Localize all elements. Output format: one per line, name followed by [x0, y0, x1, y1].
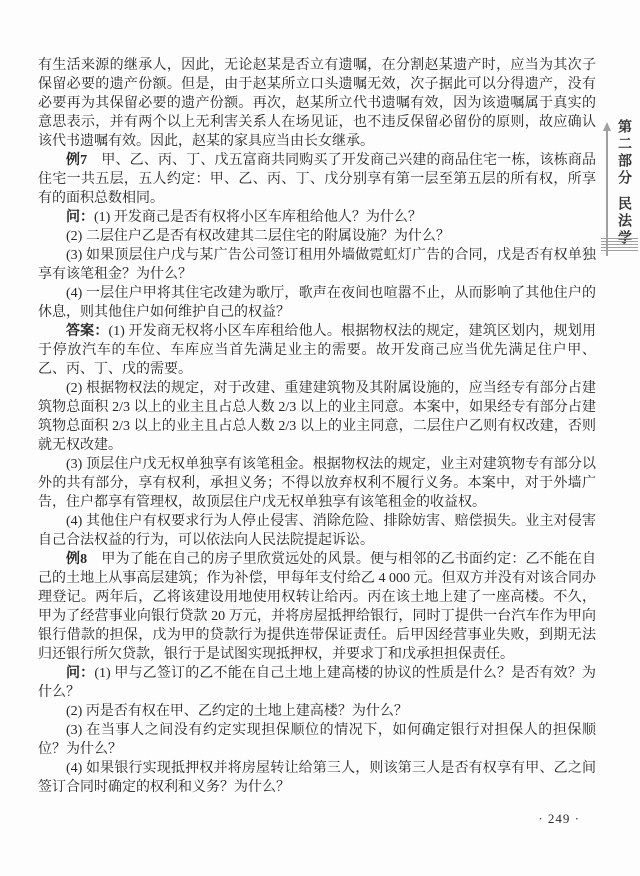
paragraph: (4) 一层住户甲将其住宅改建为歌厅，歌声在夜间也喧嚣不止，从而影响了其他住户的… — [38, 284, 596, 322]
text-run: (3) 如果顶层住户戊与某广告公司签订租用外墙做霓虹灯广告的合同，戊是否有权单独… — [38, 248, 596, 282]
text-run: 甲为了能在自己的房子里欣赏远处的风景。便与相邻的乙书面约定：乙不能在自己的土地上… — [38, 552, 596, 662]
paragraph: 问：(1) 开发商己是否有权将小区车库租给他人？为什么？ — [38, 208, 596, 227]
text-run: (3) 顶层住户戊无权单独享有该笔租金。根据物权法的规定，业主对建筑物专有部分以… — [38, 457, 596, 510]
text-run: (2) 丙是否有权在甲、乙约定的土地上建高楼？为什么？ — [66, 704, 408, 719]
paragraph: (3) 如果顶层住户戊与某广告公司签订租用外墙做霓虹灯广告的合同，戊是否有权单独… — [38, 246, 596, 284]
text-run: (4) 一层住户甲将其住宅改建为歌厅，歌声在夜间也喧嚣不止，从而影响了其他住户的… — [38, 286, 596, 320]
text-run: (4) 其他住户有权要求行为人停止侵害、消除危险、排除妨害、赔偿损失。业主对侵害… — [38, 514, 596, 548]
paragraph: 问：(1) 甲与乙签订的乙不能在自己土地上建高楼的协议的性质是什么？是否有效？为… — [38, 664, 596, 702]
paragraph: (2) 根据物权法的规定，对于改建、重建建筑物及其附属设施的，应当经专有部分占建… — [38, 379, 596, 455]
bold-label: 答案： — [66, 324, 109, 339]
chapter-edge-tab: 第二部分 民法学 — [600, 119, 640, 259]
bold-label: 例8 — [66, 552, 87, 567]
part-label: 第二部分 — [613, 119, 633, 187]
paragraph: (2) 丙是否有权在甲、乙约定的土地上建高楼？为什么？ — [38, 702, 596, 721]
bold-label: 例7 — [66, 153, 87, 168]
text-run: 甲、乙、丙、丁、戊五富商共同购买了开发商己兴建的商品住宅一栋，该栋商品住宅一共五… — [38, 153, 596, 206]
text-run: (3) 在当事人之间没有约定实现担保顺位的情况下，如何确定银行对担保人的担保顺位… — [38, 723, 596, 757]
page-stack-lines — [601, 238, 638, 252]
text-run: 有生活来源的继承人，因此，无论赵某是否立有遗嘱，在分割赵某遗产时，应当为其次子保… — [38, 58, 596, 149]
paragraph: 有生活来源的继承人，因此，无论赵某是否立有遗嘱，在分割赵某遗产时，应当为其次子保… — [38, 56, 596, 151]
text-run: (2) 根据物权法的规定，对于改建、重建建筑物及其附属设施的，应当经专有部分占建… — [38, 381, 596, 453]
text-run: (4) 如果银行实现抵押权并将房屋转让给第三人，则该第三人是否有权享有甲、乙之间… — [38, 761, 596, 795]
bold-label: 问： — [66, 666, 94, 681]
text-run: (2) 二层住户乙是否有权改建其二层住宅的附属设施？为什么？ — [66, 229, 450, 244]
text-run: (1) 甲与乙签订的乙不能在自己土地上建高楼的协议的性质是什么？是否有效？为什么… — [38, 666, 596, 700]
paragraph: 答案：(1) 开发商无权将小区车库租给他人。根据物权法的规定，建筑区划内，规划用… — [38, 322, 596, 379]
paragraph: 例7 甲、乙、丙、丁、戊五富商共同购买了开发商己兴建的商品住宅一栋，该栋商品住宅… — [38, 151, 596, 208]
textbook-page: 有生活来源的继承人，因此，无论赵某是否立有遗嘱，在分割赵某遗产时，应当为其次子保… — [0, 0, 640, 876]
text-run: (1) 开发商己是否有权将小区车库租给他人？为什么？ — [94, 210, 422, 225]
paragraph: 例8 甲为了能在自己的房子里欣赏远处的风景。便与相邻的乙书面约定：乙不能在自己的… — [38, 550, 596, 664]
chapter-tab-text: 第二部分 民法学 — [613, 119, 633, 247]
page-body-text: 有生活来源的继承人，因此，无论赵某是否立有遗嘱，在分割赵某遗产时，应当为其次子保… — [38, 56, 596, 797]
page-number: · 249 · — [538, 811, 580, 827]
paragraph: (4) 其他住户有权要求行为人停止侵害、消除危险、排除妨害、赔偿损失。业主对侵害… — [38, 512, 596, 550]
paragraph: (3) 在当事人之间没有约定实现担保顺位的情况下，如何确定银行对担保人的担保顺位… — [38, 721, 596, 759]
text-run: (1) 开发商无权将小区车库租给他人。根据物权法的规定，建筑区划内，规划用于停放… — [38, 324, 596, 377]
paragraph: (4) 如果银行实现抵押权并将房屋转让给第三人，则该第三人是否有权享有甲、乙之间… — [38, 759, 596, 797]
paragraph: (2) 二层住户乙是否有权改建其二层住宅的附属设施？为什么？ — [38, 227, 596, 246]
paragraph: (3) 顶层住户戊无权单独享有该笔租金。根据物权法的规定，业主对建筑物专有部分以… — [38, 455, 596, 512]
bold-label: 问： — [66, 210, 94, 225]
